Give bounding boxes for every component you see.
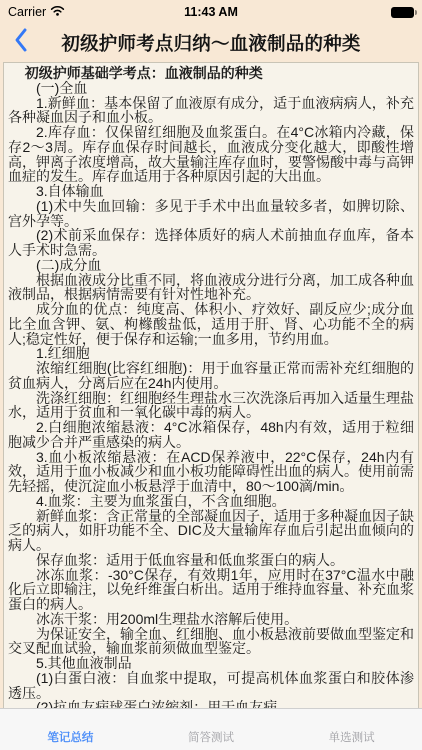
- tab-short-answer-test[interactable]: 简答测试: [141, 729, 282, 750]
- nav-bar: 初级护师考点归纳～血液制品的种类: [0, 24, 422, 62]
- content-paragraph: (二)成分血: [8, 258, 414, 273]
- status-bar: Carrier 11:43 AM: [0, 0, 422, 24]
- carrier-label: Carrier: [8, 5, 46, 19]
- content-paragraph: 1.红细胞: [8, 346, 414, 361]
- tab-notes-summary[interactable]: 笔记总结: [0, 729, 141, 750]
- content-heading: 初级护师基础学考点：血液制品的种类: [8, 66, 414, 81]
- content-paragraph: 为保证安全，输全血、红细胞、血小板悬液前要做血型鉴定和交叉配血试验，输血浆前须做…: [8, 627, 414, 657]
- content-paragraphs: 初级护师基础学考点：血液制品的种类(一)全血1.新鲜血：基本保留了血液原有成分，…: [8, 66, 414, 730]
- content-paragraph: 新鲜血浆：含正常量的全部凝血因子，适用于多种凝血因子缺乏的病人，如肝功能不全、D…: [8, 509, 414, 553]
- content-paragraph: (一)全血: [8, 81, 414, 96]
- wifi-icon: [50, 5, 65, 19]
- battery-icon: [391, 7, 414, 18]
- content-paragraph: 5.其他血液制品: [8, 656, 414, 671]
- content-paragraph: (1)白蛋白液：自血浆中提取，可提高机体血浆蛋白和胶体渗透压。: [8, 671, 414, 701]
- back-button[interactable]: [8, 27, 34, 57]
- tab-bar: 笔记总结简答测试单选测试: [0, 708, 422, 750]
- status-right: [391, 7, 414, 18]
- content-paragraph: 冰冻血浆：-30°C保存，有效期1年，应用时在37°C温水中融化后立即输注，以免…: [8, 568, 414, 612]
- content-paragraph: 根据血液成分比重不同，将血液成分进行分离，加工成各种血液制品，根据病情需要有针对…: [8, 273, 414, 303]
- content-area[interactable]: 初级护师基础学考点：血液制品的种类(一)全血1.新鲜血：基本保留了血液原有成分，…: [3, 62, 419, 750]
- content-paragraph: (1)术中失血回输：多见于手术中出血量较多者，如脾切除、宫外孕等。: [8, 199, 414, 229]
- status-left: Carrier: [8, 5, 65, 19]
- content-paragraph: 2.库存血：仅保留红细胞及血浆蛋白。在4°C冰箱内冷藏，保存2～3周。库存血保存…: [8, 125, 414, 184]
- content-paragraph: 保存血浆：适用于低血容量和低血浆蛋白的病人。: [8, 553, 414, 568]
- content-paragraph: 2.白细胞浓缩悬液：4°C冰箱保存，48h内有效，适用于粒细胞减少合并严重感染的…: [8, 420, 414, 450]
- content-paragraph: 4.血浆：主要为血浆蛋白，不含血细胞。: [8, 494, 414, 509]
- content-paragraph: (2)术前采血保存：选择体质好的病人术前抽血存血库，备本人手术时急需。: [8, 228, 414, 258]
- content-paragraph: 1.新鲜血：基本保留了血液原有成分，适于血液病病人，补充各种凝血因子和血小板。: [8, 96, 414, 126]
- content-paragraph: 3.血小板浓缩悬液：在ACD保养液中，22°C保存，24h内有效，适用于血小板减…: [8, 450, 414, 494]
- tab-single-choice-test[interactable]: 单选测试: [281, 729, 422, 750]
- chevron-left-icon: [14, 27, 28, 58]
- content-paragraph: 3.自体输血: [8, 184, 414, 199]
- content-paragraph: 成分血的优点：纯度高、体积小、疗效好、副反应少;成分血比全血含钾、氨、枸橼酸盐低…: [8, 302, 414, 346]
- page-title: 初级护师考点归纳～血液制品的种类: [61, 30, 360, 56]
- content-paragraph: 冰冻干浆：用200ml生理盐水溶解后使用。: [8, 612, 414, 627]
- content-paragraph: 浓缩红细胞(比容红细胞)：用于血容量正常而需补充红细胞的贫血病人，分离后应在24…: [8, 361, 414, 391]
- content-paragraph: 洗涤红细胞：红细胞经生理盐水三次洗涤后再加入适量生理盐水，适用于贫血和一氧化碳中…: [8, 391, 414, 421]
